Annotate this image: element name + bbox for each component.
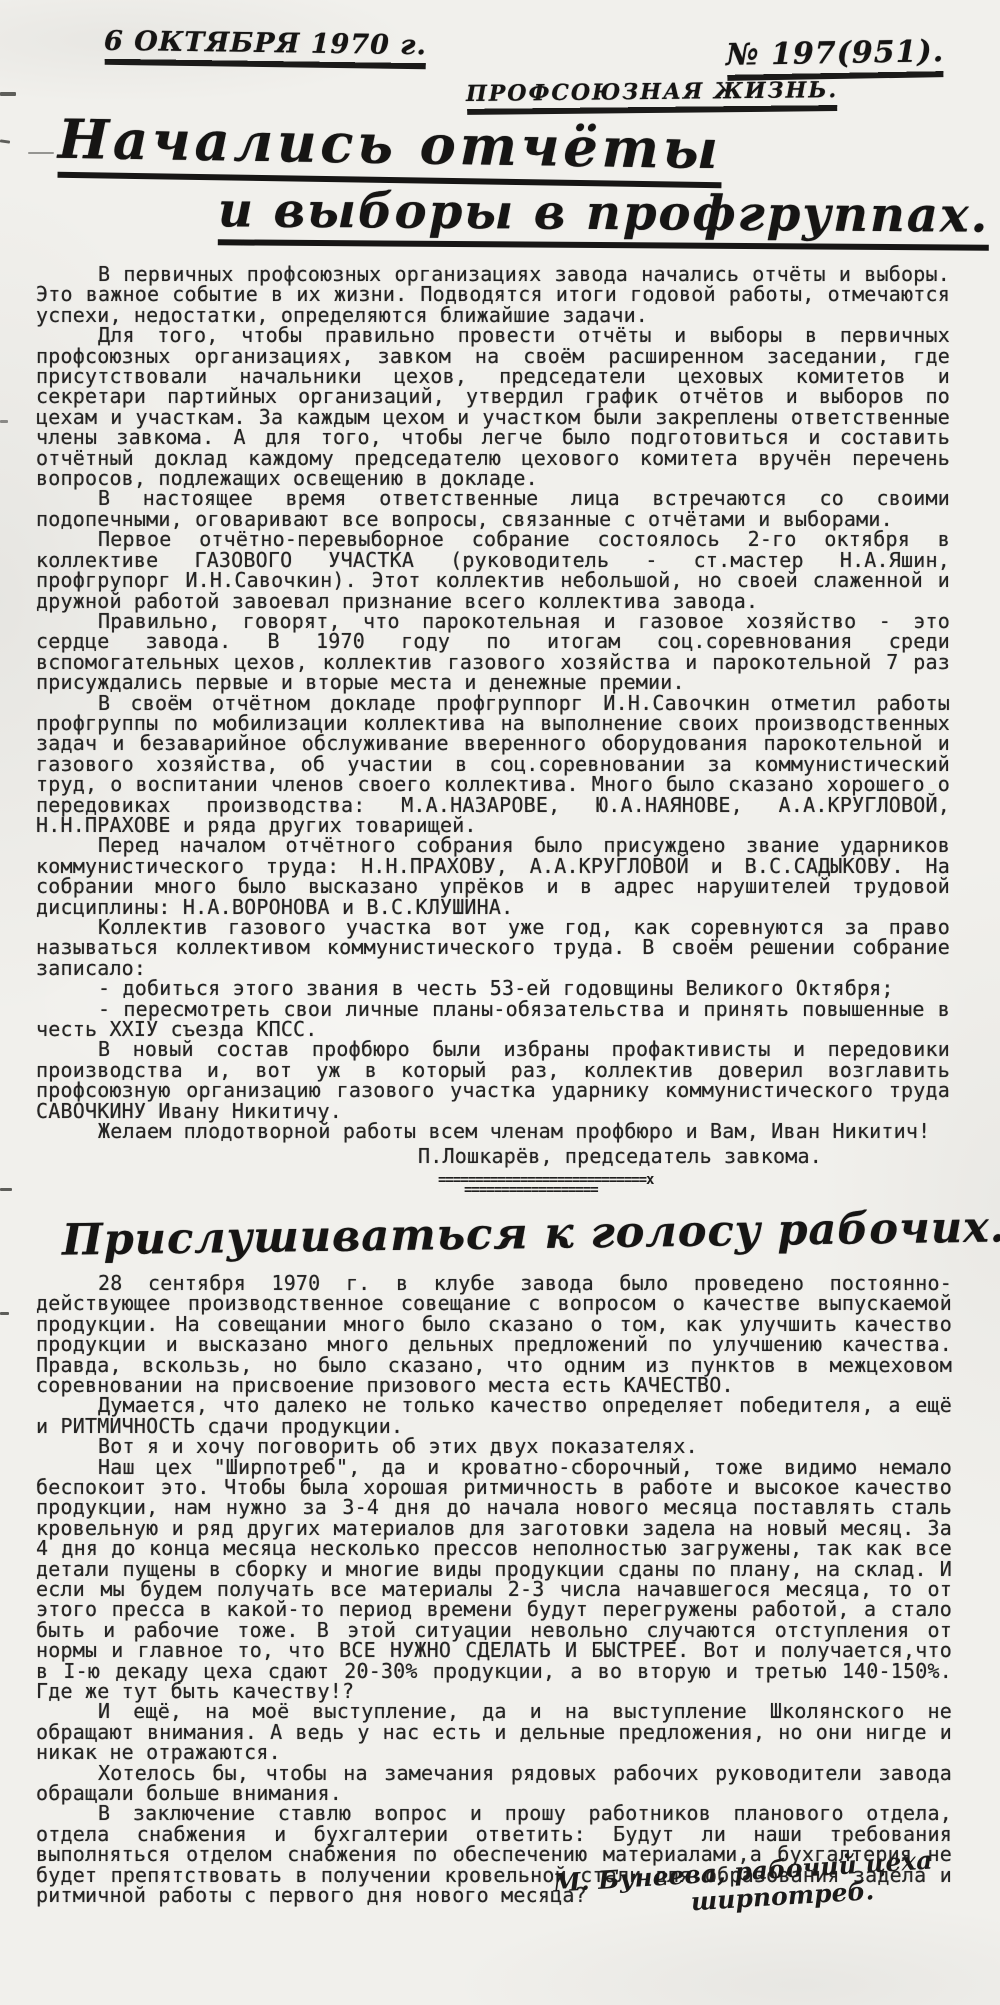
paragraph: В новый состав профбюро были избраны про…: [36, 1039, 950, 1121]
scanned-newsletter-page: 6 ОКТЯБРЯ 1970 г. № 197(951). ПРОФСОЮЗНА…: [0, 0, 1000, 2005]
paragraph: Первое отчётно-перевыборное собрание сос…: [36, 529, 950, 611]
scan-artifact: [0, 420, 8, 423]
paragraph: Хотелось бы, чтобы на замечания рядовых …: [36, 1763, 952, 1804]
paragraph: Думается, что далеко не только качество …: [36, 1395, 952, 1436]
article1-title-line1: Начались отчёты: [57, 107, 722, 188]
paragraph: Для того, чтобы правильно провести отчёт…: [36, 325, 950, 488]
article-reports-and-elections: Начались отчёты и выборы в профгруппах. …: [0, 112, 1000, 1195]
paragraph: В своём отчётном докладе профгруппорг И.…: [36, 693, 950, 836]
scan-artifact: [0, 1312, 9, 1315]
article1-body: В первичных профсоюзных организациях зав…: [0, 264, 1000, 1141]
paragraph: Коллектив газового участка вот уже год, …: [36, 917, 950, 978]
issue-number: № 197(951).: [726, 34, 945, 73]
issue-date-text: 6 ОКТЯБРЯ 1970 г.: [104, 26, 427, 64]
paragraph: 28 сентября 1970 г. в клубе завода было …: [36, 1273, 952, 1395]
article1-signature: П.Лошкарёв, председатель завкома.: [0, 1146, 822, 1166]
paragraph: Вот я и хочу поговорить об этих двух пок…: [36, 1436, 952, 1456]
issue-date: 6 ОКТЯБРЯ 1970 г.: [104, 26, 427, 62]
article1-title-line2: и выборы в профгруппах.: [218, 182, 990, 250]
rubric-title-text: ПРОФСОЮЗНАЯ ЖИЗНЬ.: [466, 77, 838, 109]
issue-number-text: № 197(951).: [726, 34, 945, 75]
section-divider: ============================х ==========…: [438, 1175, 1000, 1195]
article1-headline: Начались отчёты и выборы в профгруппах.: [0, 112, 1000, 248]
article-listen-to-workers: Прислушиваться к голосу рабочих. 28 сент…: [0, 1209, 1000, 1930]
article2-title: Прислушиваться к голосу рабочих.: [62, 1202, 1000, 1265]
paragraph: В настоящее время ответственные лица вст…: [36, 488, 950, 529]
article2-headline: Прислушиваться к голосу рабочих.: [62, 1209, 1000, 1259]
masthead: 6 ОКТЯБРЯ 1970 г. № 197(951). ПРОФСОЮЗНА…: [0, 0, 1000, 112]
rubric-title: ПРОФСОЮЗНАЯ ЖИЗНЬ.: [466, 77, 838, 107]
paragraph: Перед началом отчётного собрания было пр…: [36, 835, 950, 917]
article2-body: 28 сентября 1970 г. в клубе завода было …: [0, 1273, 1000, 1906]
divider-line: ==================: [464, 1185, 1000, 1195]
scan-artifact: [28, 152, 54, 154]
paragraph: Желаем плодотворной работы всем членам п…: [36, 1121, 950, 1141]
paragraph: И ещё, на моё выступление, да и на высту…: [36, 1701, 952, 1762]
scan-artifact: [0, 1188, 12, 1191]
resolution-item: - пересмотреть свои личные планы-обязате…: [36, 999, 950, 1040]
paragraph: Правильно, говорят, что парокотельная и …: [36, 611, 950, 693]
resolution-item: - добиться этого звания в честь 53-ей го…: [36, 978, 950, 998]
paragraph: Наш цех "Ширпотреб", да и кроватно-сборо…: [36, 1457, 952, 1702]
paragraph: В первичных профсоюзных организациях зав…: [36, 264, 950, 325]
